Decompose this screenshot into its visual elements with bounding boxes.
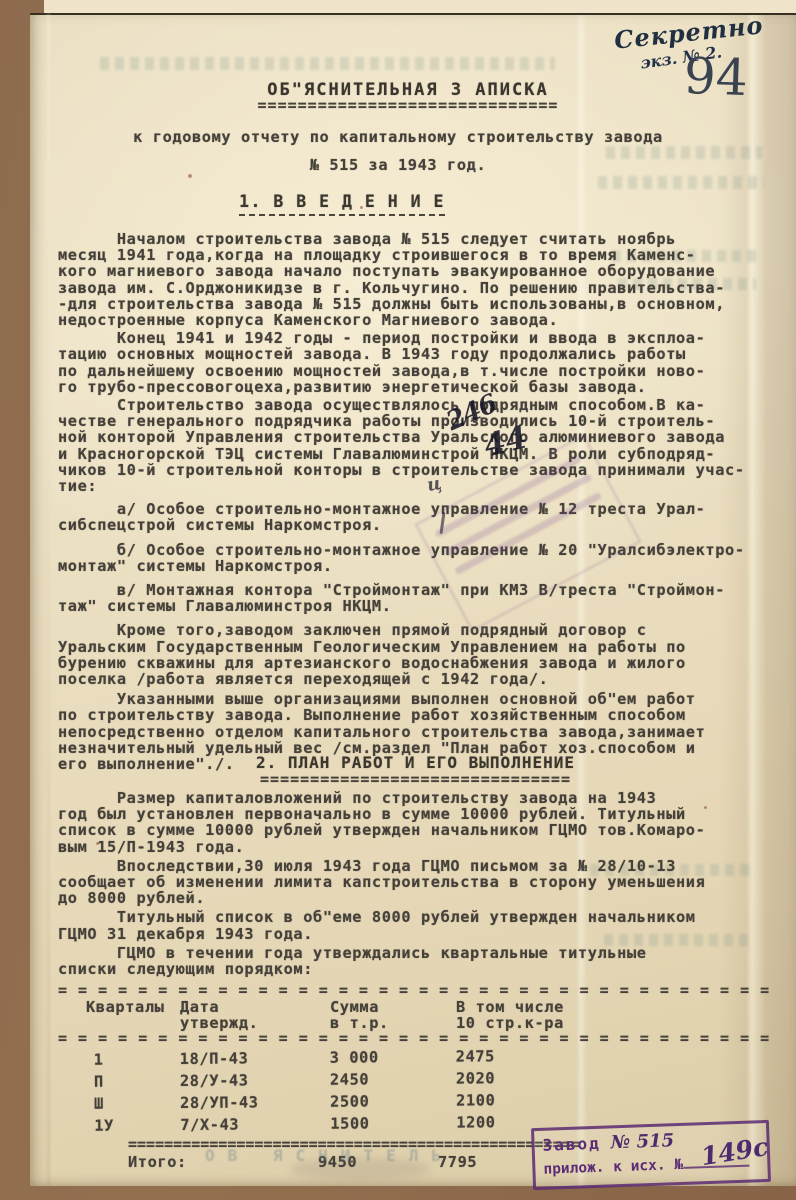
cell-sum: 3 000 xyxy=(330,1049,456,1066)
cell-sum: 1500 xyxy=(330,1115,456,1132)
table-rule-top: = = = = = = = = = = = = = = = = = = = = … xyxy=(58,985,773,995)
sheet-edge-above xyxy=(44,0,796,13)
header-quarter: Кварталы xyxy=(86,999,180,1015)
paragraph: ГЦМО в течении года утверждались квартал… xyxy=(58,945,773,977)
table-rows: 1 18/П-43 3 000 2475 П 28/У-43 2450 2020… xyxy=(58,1046,774,1134)
cell-detail: 2475 xyxy=(456,1047,616,1064)
paragraph: Размер капиталовложений по строительству… xyxy=(58,790,773,855)
table-row: П 28/У-43 2450 2020 xyxy=(58,1068,773,1090)
bleed-through-strip xyxy=(598,176,764,189)
table-row: 1 18/П-43 3 000 2475 xyxy=(58,1046,773,1068)
section-2: 2. ПЛАН РАБОТ И ЕГО ВЫПОЛНЕНИЕ =========… xyxy=(58,753,773,1171)
cell-quarter: Ш xyxy=(94,1095,180,1112)
cell-date: 7/Х-43 xyxy=(180,1116,330,1133)
header-date: Дата xyxy=(180,999,330,1015)
list-item-b: б/ Особое строительно-монтажное управлен… xyxy=(58,542,773,574)
header-detail: В том числе xyxy=(456,999,626,1015)
cell-date: 28/УП-43 xyxy=(180,1094,330,1111)
foxing-speck xyxy=(188,174,192,178)
cell-sum: 2450 xyxy=(330,1071,456,1088)
list-item-v: в/ Монтажная контора "Строймонтаж" при К… xyxy=(58,582,773,614)
scanned-document-page: Секретно экз. № 2. 94 ОБ"ЯСНИТЕЛЬНАЯ З А… xyxy=(0,0,796,1200)
paragraph: Конец 1941 и 1942 годы - период постройк… xyxy=(58,330,773,395)
paragraph: Кроме того,заводом заключен прямой подря… xyxy=(58,622,773,687)
header-sum: Сумма xyxy=(330,999,456,1015)
table-rule-mid: = = = = = = = = = = = = = = = = = = = = … xyxy=(58,1033,773,1043)
paragraph: Впоследствии,30 июля 1943 года ГЦМО пись… xyxy=(58,858,773,907)
stamp-line-2: прилож. к исх. № 149с xyxy=(543,1152,759,1178)
table-row: Ш 28/УП-43 2500 2100 xyxy=(58,1090,773,1112)
title-underline-rule: ============================== xyxy=(58,100,758,110)
section-1-body: Началом строительства завода № 515 следу… xyxy=(58,231,773,772)
registration-stamp: Завод № 515 прилож. к исх. № 149с xyxy=(531,1120,771,1190)
cell-quarter: 1 xyxy=(94,1051,180,1068)
stamp-attachment-label: прилож. к исх. № xyxy=(543,1157,683,1178)
list-item-a: а/ Особое строительно-монтажное управлен… xyxy=(58,501,773,533)
cell-detail: 2100 xyxy=(456,1091,616,1108)
section-1-heading: 1. В В Е Д Е Н И Е xyxy=(58,192,758,211)
cell-date: 28/У-43 xyxy=(180,1072,330,1089)
cell-quarter: 1У xyxy=(94,1117,180,1134)
subtitle-line-2: № 515 за 1943 год. xyxy=(48,157,748,173)
subtitle-line-1: к годовому отчету по капитальному строит… xyxy=(48,129,748,145)
bleed-through-strip xyxy=(100,57,555,70)
section-2-rule: =============================== xyxy=(58,774,773,784)
fold-crease xyxy=(47,13,50,1186)
stamp-factory-number: № 515 xyxy=(610,1130,674,1153)
bleed-through-text: ОВ ЯСНИТЕЛЬ xyxy=(205,1146,454,1165)
stamp-factory-label: Завод xyxy=(542,1134,601,1155)
cell-quarter: П xyxy=(94,1073,180,1090)
cell-detail: 2020 xyxy=(456,1069,616,1086)
cell-date: 18/П-43 xyxy=(180,1050,330,1067)
section-1-heading-text: 1. В В Е Д Е Н И Е xyxy=(239,192,445,216)
table-header-row-1: Кварталы Дата Сумма В том числе xyxy=(58,999,773,1015)
paragraph: Строительство завода осуществлялось подр… xyxy=(58,397,773,494)
paragraph: Титульный список в об"еме 8000 рублей ут… xyxy=(58,909,773,941)
paragraph: Началом строительства завода № 515 следу… xyxy=(58,231,773,328)
cell-sum: 2500 xyxy=(330,1093,456,1110)
